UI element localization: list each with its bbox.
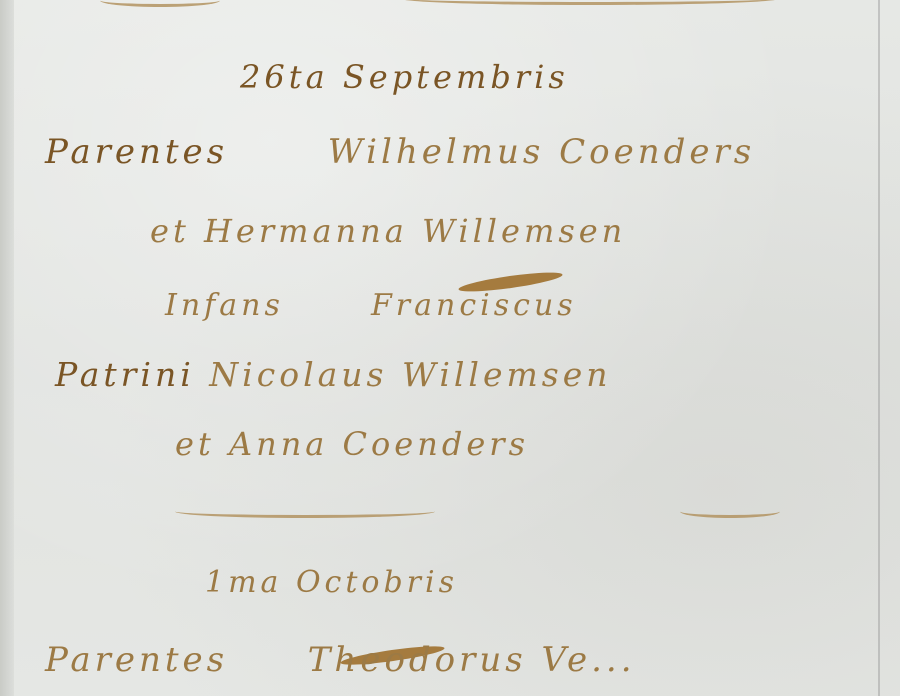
entry-2-date: 1ma Octobris bbox=[205, 565, 458, 600]
entry-1-godmother-line: et Anna Coenders bbox=[175, 425, 529, 463]
document-page: 26ta Septembris Parentes Wilhelmus Coend… bbox=[0, 0, 900, 696]
mother-name: Hermanna Willemsen bbox=[204, 212, 626, 250]
entry-1-parents-line: Parentes Wilhelmus Coenders bbox=[45, 132, 755, 172]
entry-separator-flourish-2 bbox=[680, 505, 780, 518]
child-label: Infans bbox=[165, 288, 284, 323]
entry-separator-flourish bbox=[175, 505, 435, 518]
entry-1-mother-line: et Hermanna Willemsen bbox=[150, 212, 626, 250]
father-name-2: Theodorus Ve... bbox=[308, 640, 636, 680]
top-flourish-2 bbox=[400, 0, 780, 5]
entry-1-child-line: Infans Franciscus bbox=[165, 288, 577, 323]
entry-1-godfather-line: Patrini Nicolaus Willemsen bbox=[55, 355, 612, 394]
godmother-name: Anna Coenders bbox=[229, 425, 529, 463]
father-name: Wilhelmus Coenders bbox=[328, 132, 755, 172]
entry-2-parents-line: Parentes Theodorus Ve... bbox=[45, 640, 636, 680]
margin-line bbox=[878, 0, 880, 696]
godfather-name: Nicolaus Willemsen bbox=[209, 355, 611, 394]
top-flourish bbox=[100, 0, 220, 7]
page-binding-edge bbox=[0, 0, 14, 696]
parents-label-2: Parentes bbox=[45, 640, 228, 680]
child-name: Franciscus bbox=[371, 288, 577, 323]
entry-1-date: 26ta Septembris bbox=[240, 58, 569, 96]
parents-label: Parentes bbox=[45, 132, 228, 172]
godparents-label: Patrini bbox=[55, 355, 195, 394]
